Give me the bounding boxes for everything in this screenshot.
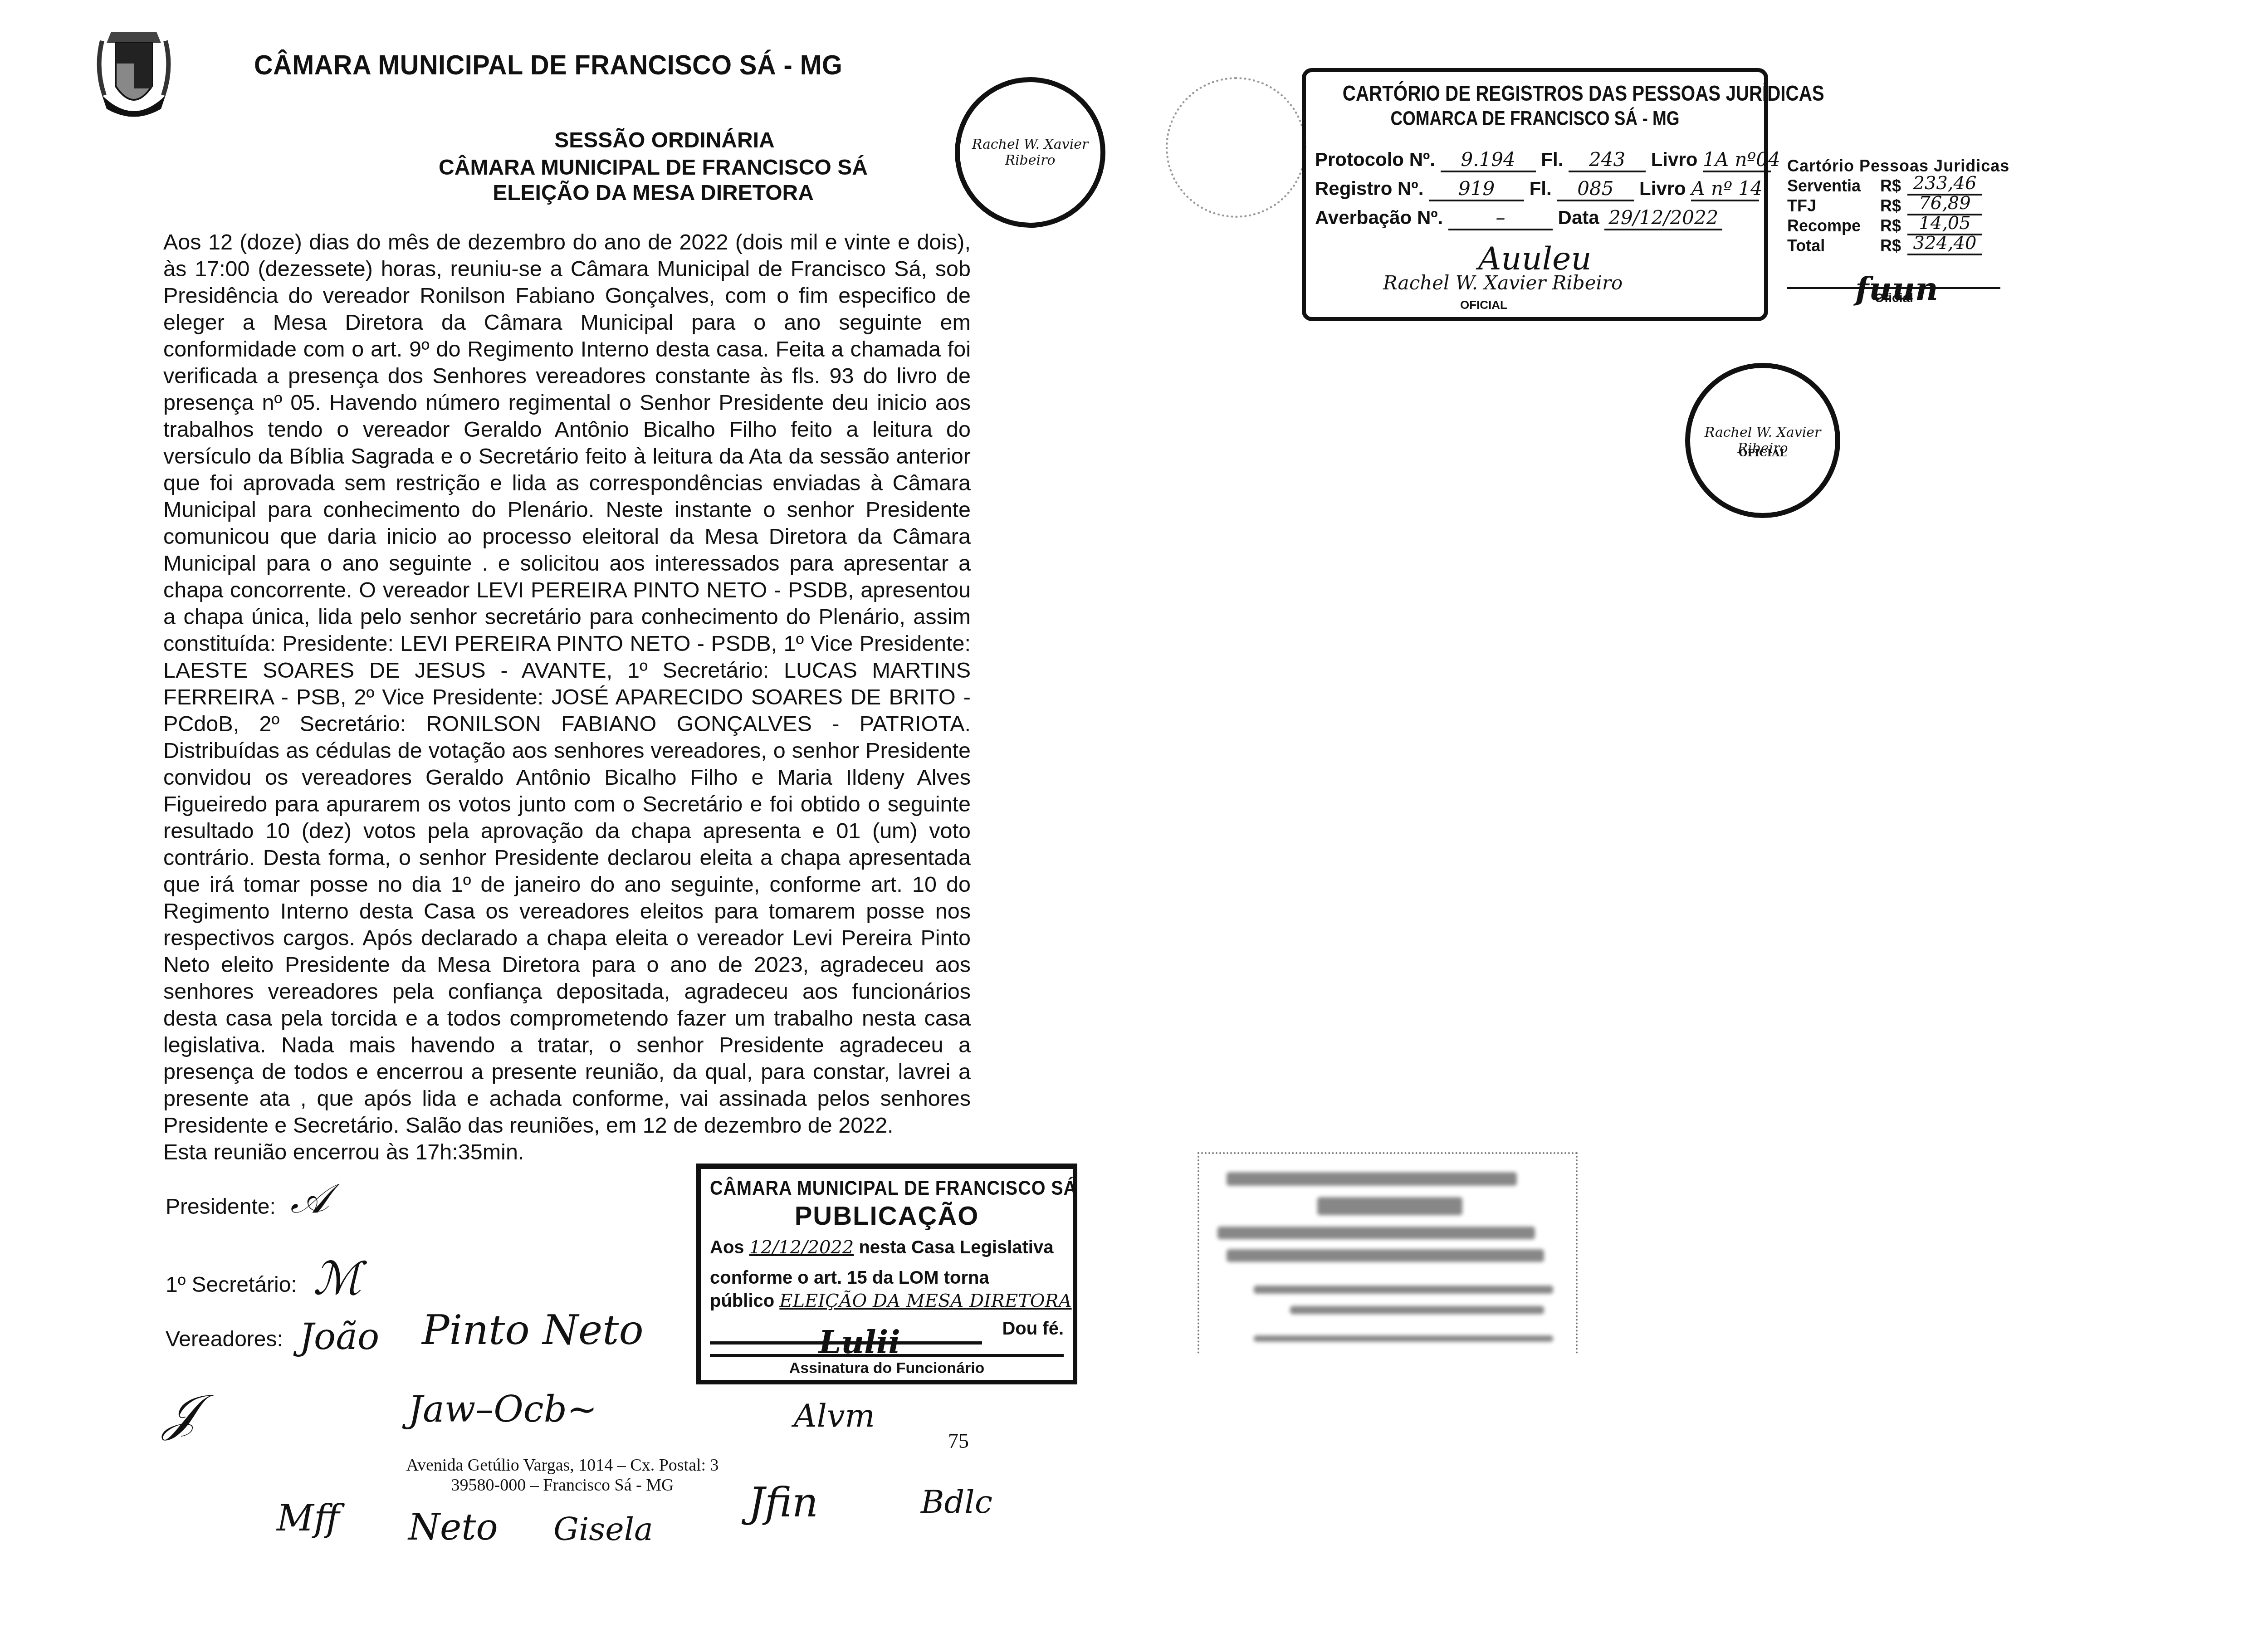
election-heading: ELEIÇÃO DA MESA DIRETORA	[0, 181, 1334, 205]
notary-seal-right: Rachel W. Xavier Ribeiro OFICIAL	[1685, 363, 1840, 518]
divider	[710, 1354, 1064, 1357]
councilor-signature: Jaw–Ocb~	[408, 1388, 597, 1430]
address-line-1: Avenida Getúlio Vargas, 1014 – Cx. Posta…	[381, 1455, 744, 1475]
registration-date: 29/12/2022	[1604, 206, 1722, 230]
fee-label: TFJ	[1787, 196, 1880, 215]
councilor-signature: Gisela	[553, 1511, 653, 1548]
publication-stamp-title: PUBLICAÇÃO	[701, 1201, 1073, 1231]
registration-stamp-comarca: COMARCA DE FRANCISCO SÁ - MG	[1343, 108, 1727, 130]
president-signature: 𝒜	[290, 1175, 329, 1223]
councilor-signature: Mff	[277, 1497, 340, 1539]
date-prefix: Aos	[710, 1237, 744, 1257]
fl-label: Fl.	[1530, 178, 1552, 199]
fee-label: Serventia	[1787, 176, 1880, 196]
fee-value: 233,46	[1907, 173, 1982, 196]
registry-fl: 085	[1557, 177, 1634, 201]
publication-stamp-date-line: Aos 12/12/2022 nesta Casa Legislativa	[710, 1237, 1053, 1258]
registration-stamp: CARTÓRIO DE REGISTROS DAS PESSOAS JURÍDI…	[1302, 68, 1768, 321]
fee-currency: R$	[1880, 216, 1907, 235]
fee-currency: R$	[1880, 176, 1907, 196]
protocol-number: 9.194	[1441, 148, 1536, 172]
header-title: CÂMARA MUNICIPAL DE FRANCISCO SÁ - MG	[254, 49, 842, 81]
registry-label: Registro Nº.	[1315, 178, 1423, 199]
registry-livro: A nº 14	[1691, 177, 1759, 201]
publico-prefix: público	[710, 1291, 774, 1311]
fee-currency: R$	[1880, 196, 1907, 215]
fee-label: Recompe	[1787, 216, 1880, 235]
publication-stamp-caption: Assinatura do Funcionário	[701, 1359, 1073, 1377]
date-suffix: nesta Casa Legislativa	[859, 1237, 1053, 1257]
councilor-signature: João	[299, 1315, 379, 1358]
publication-stamp-subject-line: público ELEIÇÃO DA MESA DIRETORA	[710, 1291, 1072, 1311]
annotation-number: –	[1448, 206, 1553, 230]
publication-subject: ELEIÇÃO DA MESA DIRETORA	[779, 1291, 1071, 1311]
minutes-body: Aos 12 (doze) dias do mês de dezembro do…	[163, 229, 971, 1166]
seal-caption: OFICIAL	[1690, 447, 1835, 459]
fee-value: 324,40	[1907, 233, 1982, 255]
protocol-fl: 243	[1569, 148, 1646, 172]
publication-stamp-conforme: conforme o art. 15 da LOM torna	[710, 1268, 989, 1288]
fees-block: Cartório Pessoas Juridicas Serventia R$ …	[1787, 156, 2009, 305]
publication-stamp-dou-fe: Dou fé.	[1002, 1319, 1064, 1339]
protocol-label: Protocolo Nº.	[1315, 149, 1435, 170]
date-label: Data	[1558, 207, 1599, 228]
official-caption: OFICIAL	[1460, 298, 1507, 312]
councilor-signature: Jfin	[748, 1479, 818, 1526]
president-signature-label: Presidente:	[166, 1194, 276, 1219]
fee-row-total: Total R$ 324,40	[1787, 235, 2009, 255]
footer-address: Avenida Getúlio Vargas, 1014 – Cx. Posta…	[381, 1455, 744, 1495]
fees-official-signature: fuun	[1855, 270, 1938, 308]
publication-stamp-chamber: CÂMARA MUNICIPAL DE FRANCISCO SÁ	[710, 1177, 1077, 1200]
session-type-heading: SESSÃO ORDINÁRIA	[0, 128, 1329, 153]
first-secretary-signature-label: 1º Secretário:	[166, 1272, 297, 1297]
publication-stamp: CÂMARA MUNICIPAL DE FRANCISCO SÁ PUBLICA…	[696, 1164, 1077, 1384]
bleed-through-stamp	[1198, 1152, 1578, 1354]
councilor-signature: Pinto Neto	[422, 1306, 644, 1354]
address-line-2: 39580-000 – Francisco Sá - MG	[381, 1475, 744, 1495]
protocol-row: Protocolo Nº. 9.194 Fl. 243 Livro 1A nº0…	[1315, 148, 1771, 172]
coat-of-arms-logo	[93, 18, 175, 122]
councilor-signature: 𝒥	[163, 1384, 198, 1442]
annotation-row: Averbação Nº. – Data 29/12/2022	[1315, 206, 1722, 230]
official-name: Rachel W. Xavier Ribeiro	[1383, 272, 1623, 294]
minutes-closing: Esta reunião encerrou às 17h:35min.	[163, 1139, 971, 1166]
registry-number: 919	[1429, 177, 1524, 201]
livro-label: Livro	[1639, 178, 1686, 199]
councilor-signature: Bdlc	[921, 1483, 992, 1521]
fee-value: 14,05	[1907, 213, 1982, 235]
notary-seal-top: Rachel W. Xavier Ribeiro	[955, 77, 1105, 228]
publication-date: 12/12/2022	[749, 1237, 854, 1258]
minutes-paragraph: Aos 12 (doze) dias do mês de dezembro do…	[163, 229, 971, 1139]
registration-stamp-title: CARTÓRIO DE REGISTROS DAS PESSOAS JURÍDI…	[1343, 81, 1727, 106]
fee-currency: R$	[1880, 236, 1907, 255]
fee-value: 76,89	[1907, 193, 1982, 215]
page-number: 75	[948, 1429, 969, 1453]
councilor-signature: Neto	[408, 1506, 498, 1548]
fee-label: Total	[1787, 236, 1880, 255]
annotation-label: Averbação Nº.	[1315, 207, 1443, 228]
secretary-signature: ℳ	[313, 1252, 362, 1305]
protocol-livro: 1A nº04	[1703, 148, 1771, 172]
registry-row: Registro Nº. 919 Fl. 085 Livro A nº 14	[1315, 177, 1759, 201]
chamber-heading: CÂMARA MUNICIPAL DE FRANCISCO SÁ	[0, 155, 1334, 180]
seal-signature: Rachel W. Xavier Ribeiro	[960, 137, 1100, 168]
fl-label: Fl.	[1541, 149, 1563, 170]
councilors-signature-label: Vereadores:	[166, 1327, 283, 1352]
livro-label: Livro	[1651, 149, 1698, 170]
councilor-signature: Alvm	[794, 1397, 875, 1434]
faded-seal	[1166, 77, 1306, 218]
